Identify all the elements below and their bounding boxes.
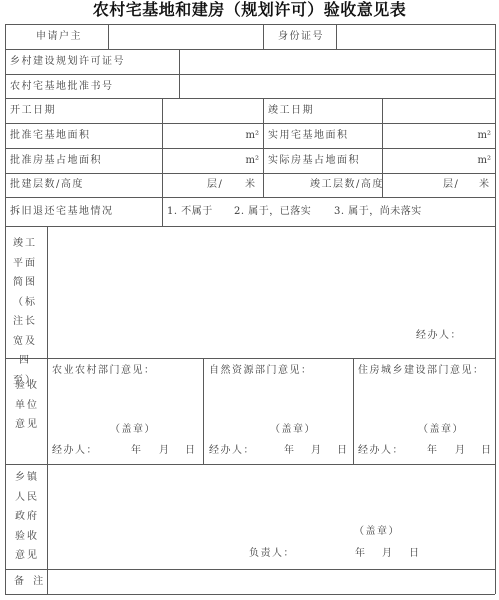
demolition-label: 拆旧退还宅基地情况 [10,206,114,218]
completed-floors-label: 竣工层数/高度 [310,179,384,191]
label-line: （标 [10,293,40,313]
plan-sketch-label: 竣工 平面 简图 （标 注长 宽及 四至） [10,234,40,390]
completion-date-field[interactable] [383,99,494,122]
col-divider [263,24,264,49]
completed-floors-field[interactable]: 层/ 米 [383,174,494,196]
month-label: 月 [311,445,323,457]
seal-label: （盖章） [110,424,156,436]
plan-handler-label: 经办人： [416,330,462,342]
approved-footprint-label: 批准房基占地面积 [10,155,102,167]
square-meter-unit: m² [478,130,492,142]
label-line: 验收 [12,527,42,547]
remarks-field[interactable] [48,570,494,593]
applicant-label: 申请户主 [36,31,82,43]
label-line: 乡镇 [12,468,42,488]
col-divider [5,24,6,594]
remarks-label: 备 注 [14,576,46,588]
col-divider [495,24,496,594]
year-label: 年 [284,445,296,457]
township-seal-label: （盖章） [354,526,400,538]
label-line: 竣工 [10,234,40,254]
natural-resources-dept-opinion[interactable]: 自然资源部门意见： （盖章） 经办人： 年 月 日 [204,359,352,463]
approval-number-field[interactable] [180,75,494,97]
approved-floors-label: 批建层数/高度 [10,179,84,191]
completion-date-label: 竣工日期 [268,105,314,117]
township-opinion-label: 乡镇 人民 政府 验收 意见 [12,468,42,566]
square-meter-unit: m² [478,155,492,167]
actual-site-area-field[interactable]: m² [383,124,494,147]
permit-number-field[interactable] [180,50,494,73]
approved-site-area-label: 批准宅基地面积 [10,130,91,142]
label-line: 单位 [12,396,42,416]
floor-unit: 层/ [443,179,459,191]
seal-label: （盖章） [418,424,464,436]
day-label: 日 [337,445,349,457]
dept-title: 农业农村部门意见： [52,365,156,377]
dept-title: 自然资源部门意见： [209,365,313,377]
handler-label: 经办人： [52,445,98,457]
id-number-label: 身份证号 [278,31,324,43]
label-line: 注长 [10,312,40,332]
month-label: 月 [455,445,467,457]
start-date-label: 开工日期 [10,105,56,117]
acceptance-label: 验收 单位 意见 [12,376,42,435]
id-number-field[interactable] [337,25,494,48]
demolition-option-2[interactable]: 2. 属于，已落实 [234,206,311,218]
form-title: 农村宅基地和建房（规划许可）验收意见表 [0,0,499,22]
floor-unit: 层/ [207,179,223,191]
year-label: 年 [355,548,367,560]
label-line: 验收 [12,376,42,396]
start-date-field[interactable] [163,99,262,122]
row-divider [5,197,495,198]
demolition-option-3[interactable]: 3. 属于，尚未落实 [334,206,422,218]
label-line: 政府 [12,507,42,527]
dept-title: 住房城乡建设部门意见： [358,365,485,377]
housing-construction-dept-opinion[interactable]: 住房城乡建设部门意见： （盖章） 经办人： 年 月 日 [354,359,494,463]
responsible-person-label: 负责人： [249,548,295,560]
row-divider [5,594,495,595]
day-label: 日 [481,445,493,457]
month-label: 月 [159,445,171,457]
seal-label: （盖章） [270,424,316,436]
permit-number-label: 乡村建设规划许可证号 [10,56,125,68]
label-line: 意见 [12,546,42,566]
month-label: 月 [382,548,394,560]
label-line: 平面 [10,254,40,274]
agriculture-dept-opinion[interactable]: 农业农村部门意见： （盖章） 经办人： 年 月 日 [48,359,202,463]
day-label: 日 [185,445,197,457]
applicant-field[interactable] [109,25,262,48]
actual-site-area-label: 实用宅基地面积 [268,130,349,142]
actual-footprint-label: 实际房基占地面积 [268,155,360,167]
meter-unit: 米 [245,179,257,191]
day-label: 日 [409,548,421,560]
square-meter-unit: m² [246,130,260,142]
handler-label: 经办人： [358,445,404,457]
actual-footprint-field[interactable]: m² [383,149,494,172]
approved-site-area-field[interactable]: m² [163,124,262,147]
square-meter-unit: m² [246,155,260,167]
year-label: 年 [131,445,143,457]
meter-unit: 米 [479,179,491,191]
approved-floors-field[interactable]: 层/ 米 [163,174,262,196]
col-divider [263,98,264,197]
approved-footprint-field[interactable]: m² [163,149,262,172]
label-line: 宽及 [10,332,40,352]
demolition-option-1[interactable]: 1. 不属于 [167,206,213,218]
label-line: 意见 [12,415,42,435]
label-line: 人民 [12,488,42,508]
handler-label: 经办人： [209,445,255,457]
year-label: 年 [427,445,439,457]
approval-number-label: 农村宅基地批准书号 [10,81,114,93]
label-line: 简图 [10,273,40,293]
